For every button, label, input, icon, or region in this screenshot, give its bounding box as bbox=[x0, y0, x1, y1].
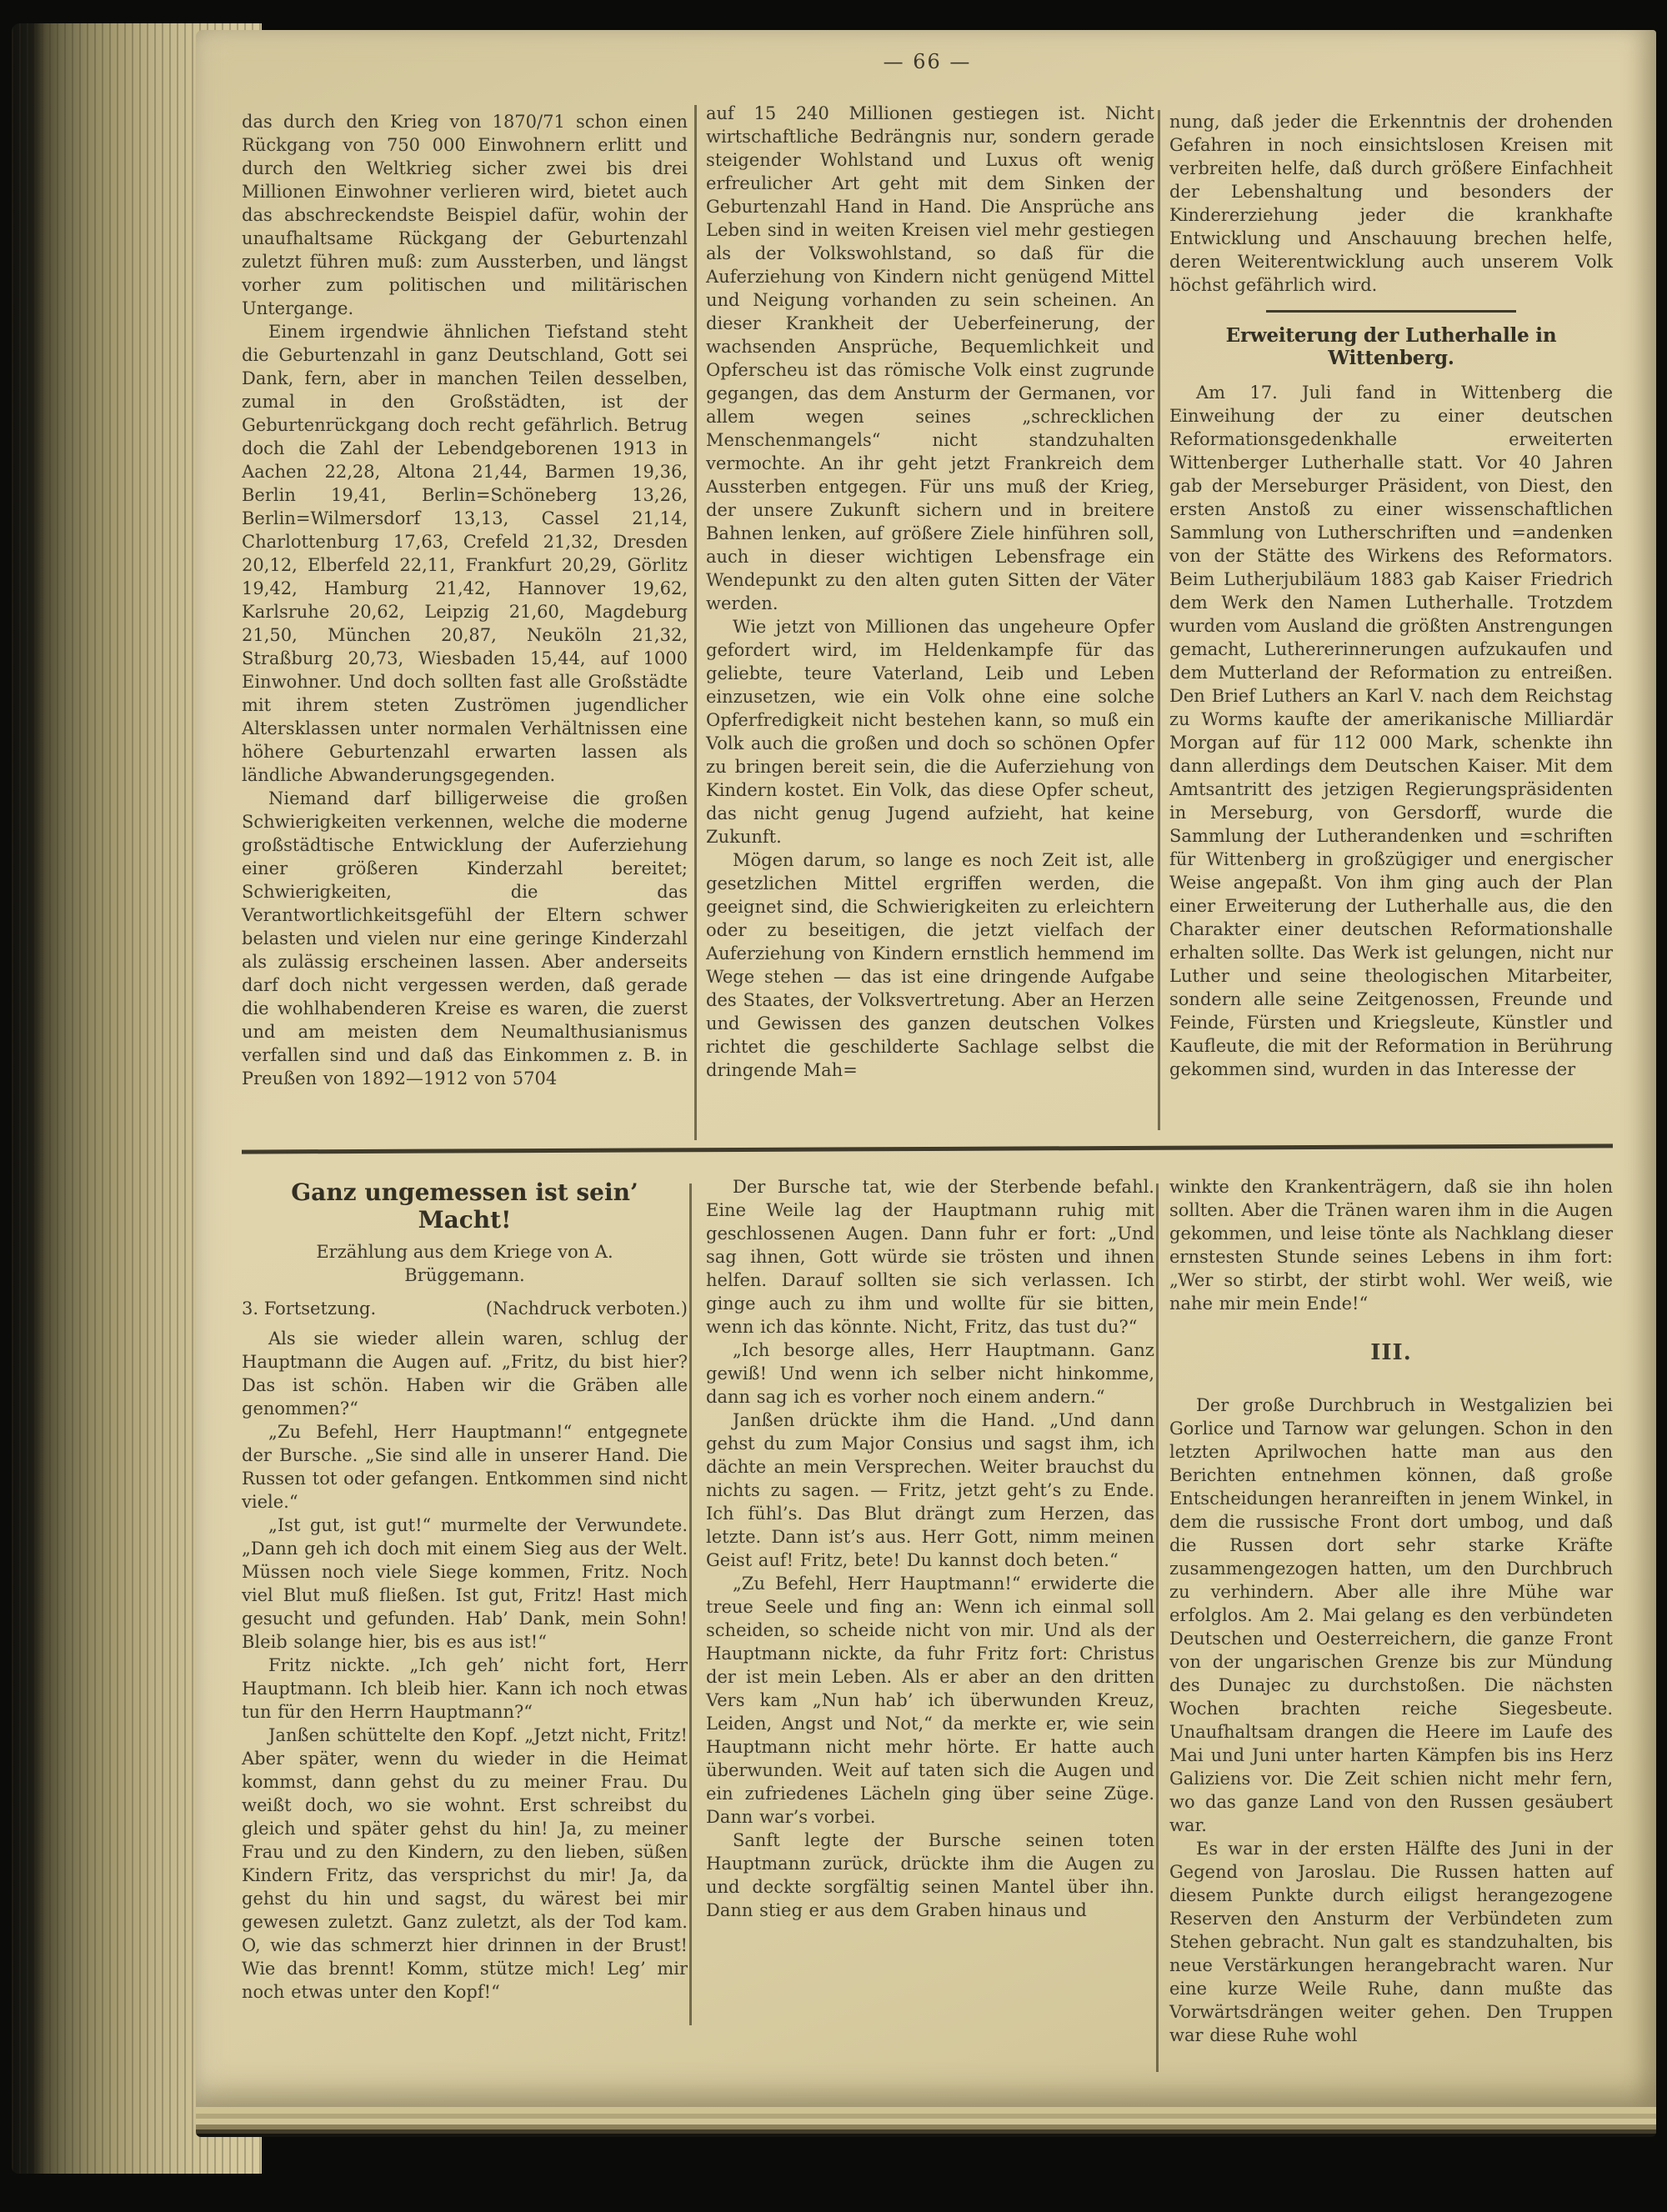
paragraph: Am 17. Juli fand in Wittenberg die Einwe… bbox=[1169, 381, 1613, 1081]
paragraph: Sanft legte der Bursche seinen toten Hau… bbox=[706, 1829, 1154, 1922]
story-continuation: winkte den Krankenträgern, daß sie ihn h… bbox=[1169, 1175, 1613, 1315]
column-divider bbox=[1158, 110, 1160, 1130]
article-heading: Erweiterung der Lutherhalle in Wittenber… bbox=[1169, 324, 1613, 369]
paragraph: Der große Durchbruch in Westgalizien bei… bbox=[1169, 1394, 1613, 1837]
story-body: Als sie wieder allein waren, schlug der … bbox=[242, 1327, 688, 2004]
paragraph: Einem irgendwie ähnlichen Tiefstand steh… bbox=[242, 320, 688, 787]
paragraph: Es war in der ersten Hälfte des Juni in … bbox=[1169, 1837, 1613, 2047]
article-body: Am 17. Juli fand in Wittenberg die Einwe… bbox=[1169, 381, 1613, 1081]
paragraph: Niemand darf billigerweise die großen Sc… bbox=[242, 787, 688, 1090]
story-title: Ganz ungemessen ist sein’ Macht! bbox=[242, 1179, 688, 1234]
paragraph: „Zu Befehl, Herr Hauptmann!“ erwiderte d… bbox=[706, 1572, 1154, 1829]
page-number: — 66 — bbox=[242, 50, 1613, 73]
paragraph: winkte den Krankenträgern, daß sie ihn h… bbox=[1169, 1175, 1613, 1315]
paragraph: auf 15 240 Millionen gestiegen ist. Nich… bbox=[706, 102, 1154, 615]
paragraph: „Zu Befehl, Herr Hauptmann!“ entgegnete … bbox=[242, 1420, 688, 1514]
column-divider bbox=[1156, 1184, 1159, 2072]
paragraph: nung, daß jeder die Erkenntnis der drohe… bbox=[1169, 110, 1613, 297]
paragraph: Janßen drückte ihm die Hand. „Und dann g… bbox=[706, 1409, 1154, 1572]
story-reprint-notice: (Nachdruck verboten.) bbox=[486, 1299, 688, 1319]
paragraph: Mögen darum, so lange es noch Zeit ist, … bbox=[706, 848, 1154, 1082]
page-bottom-edges bbox=[196, 2107, 1656, 2137]
story-column-1: Ganz ungemessen ist sein’ Macht! Erzählu… bbox=[242, 1175, 688, 2004]
scanned-page: — 66 — das durch den Krieg von 1870/71 s… bbox=[196, 30, 1656, 2107]
paragraph: „Ist gut, ist gut!“ murmelte der Verwund… bbox=[242, 1514, 688, 1654]
column-divider bbox=[689, 1184, 692, 2025]
story-subtitle: Erzählung aus dem Kriege von A. Brüggema… bbox=[269, 1240, 661, 1287]
paragraph: Wie jetzt von Millionen das ungeheure Op… bbox=[706, 615, 1154, 848]
section-rule bbox=[1266, 310, 1516, 313]
paragraph: Fritz nickte. „Ich geh’ nicht fort, Herr… bbox=[242, 1654, 688, 1724]
top-column-3: nung, daß jeder die Erkenntnis der drohe… bbox=[1169, 110, 1613, 1081]
story-column-2: Der Bursche tat, wie der Sterbende befah… bbox=[706, 1175, 1154, 1922]
paragraph: das durch den Krieg von 1870/71 schon ei… bbox=[242, 110, 688, 320]
column-divider bbox=[694, 105, 697, 1140]
paragraph: Als sie wieder allein waren, schlug der … bbox=[242, 1327, 688, 1420]
scanned-book-page: { "page": { "number": "— 66 —" }, "color… bbox=[0, 0, 1667, 2212]
top-column-1: das durch den Krieg von 1870/71 schon ei… bbox=[242, 110, 688, 1090]
story-meta-row: 3. Fortsetzung. (Nachdruck verboten.) bbox=[242, 1299, 688, 1319]
story-installment: 3. Fortsetzung. bbox=[242, 1299, 376, 1319]
paragraph: Janßen schüttelte den Kopf. „Jetzt nicht… bbox=[242, 1724, 688, 2004]
section-divider-rule bbox=[242, 1144, 1613, 1154]
story-body: Der große Durchbruch in Westgalizien bei… bbox=[1169, 1394, 1613, 2047]
paragraph: „Ich besorge alles, Herr Hauptmann. Ganz… bbox=[706, 1339, 1154, 1409]
chapter-heading: III. bbox=[1169, 1340, 1613, 1365]
story-column-3: winkte den Krankenträgern, daß sie ihn h… bbox=[1169, 1175, 1613, 2047]
paragraph: Der Bursche tat, wie der Sterbende befah… bbox=[706, 1175, 1154, 1339]
article-continuation: nung, daß jeder die Erkenntnis der drohe… bbox=[1169, 110, 1613, 297]
top-column-2: auf 15 240 Millionen gestiegen ist. Nich… bbox=[706, 102, 1154, 1082]
